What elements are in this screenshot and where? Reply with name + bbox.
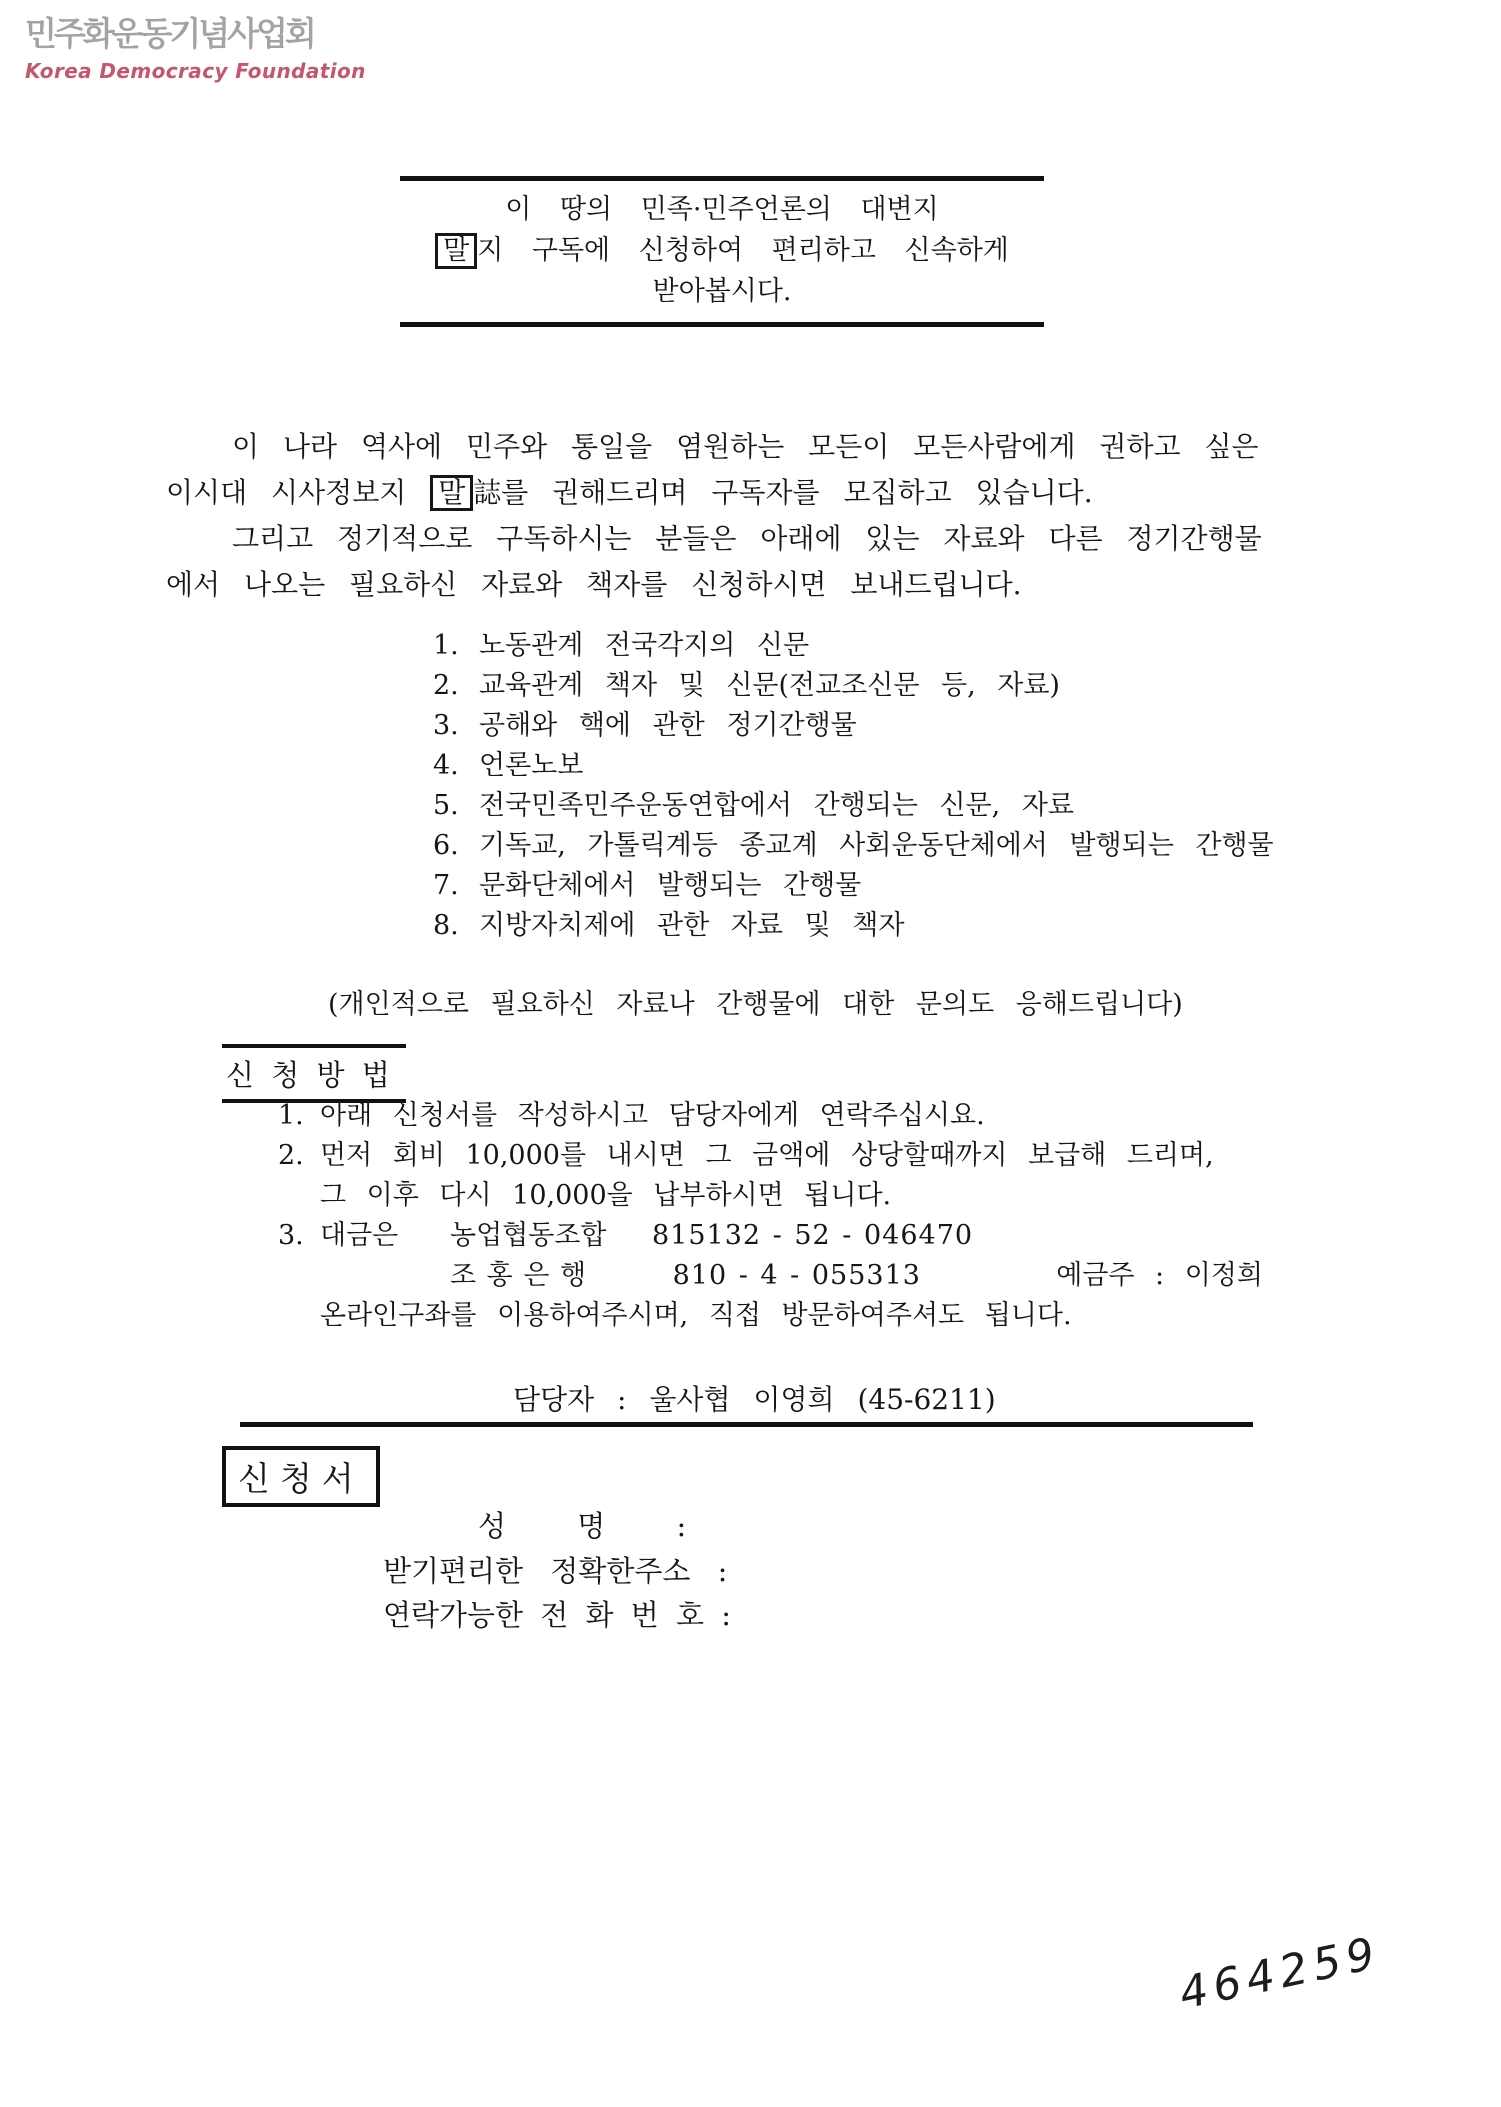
magazine-logo-mal-inline: 말 [430, 475, 473, 511]
account-holder: 예금주 : 이정희 [1056, 1260, 1263, 1291]
logo-english-name: Korea Democracy Foundation [25, 59, 366, 83]
method-item-3-note: 온라인구좌를 이용하여주시며, 직접 방문하여주셔도 됩니다. [320, 1296, 1263, 1336]
intro-p2-line1: 그리고 정기적으로 구독하시는 분들은 아래에 있는 자료와 다른 정기간행물 [166, 516, 1298, 562]
materials-list: 1. 노동관계 전국각지의 신문 2. 교육관계 책자 및 신문(전교조신문 등… [433, 626, 1274, 946]
method-item-3: 3. 대금은 농업협동조합 815132 - 52 - 046470 [278, 1216, 1263, 1256]
method-bank-row-2: 조 홍 은 행 810 - 4 - 055313 예금주 : 이정희 [450, 1256, 1263, 1296]
magazine-hanja: 誌 [473, 476, 501, 509]
method-item-1: 1. 아래 신청서를 작성하시고 담당자에게 연락주십시요. [278, 1096, 1263, 1136]
list-item: 8. 지방자치제에 관한 자료 및 책자 [433, 906, 1274, 946]
contact-person-line: 담당자 : 울사협 이영희 (45-6211) [513, 1378, 996, 1418]
application-method-list: 1. 아래 신청서를 작성하시고 담당자에게 연락주십시요. 2. 먼저 회비 … [278, 1096, 1263, 1336]
intro-p1-line1: 이 나라 역사에 민주와 통일을 염원하는 모든이 모든사람에게 권하고 싶은 [166, 424, 1298, 470]
inquiry-note: (개인적으로 필요하신 자료나 간행물에 대한 문의도 응해드립니다) [328, 982, 1183, 1021]
slogan-box: 이 땅의 민족·민주언론의 대변지 말지 구독에 신청하여 편리하고 신속하게 … [400, 176, 1044, 327]
list-item: 7. 문화단체에서 발행되는 간행물 [433, 866, 1274, 906]
handwritten-archive-number: 464259 [1175, 1927, 1385, 2019]
scanned-document-page: 민주화운동기념사업회 Korea Democracy Foundation 이 … [0, 0, 1501, 2107]
form-field-address-label: 받기편리한 정확한주소 : [383, 1549, 727, 1590]
section-divider-rule [240, 1422, 1253, 1427]
list-item: 4. 언론노보 [433, 746, 1274, 786]
list-item: 1. 노동관계 전국각지의 신문 [433, 626, 1274, 666]
organization-logo: 민주화운동기념사업회 Korea Democracy Foundation [25, 8, 366, 83]
intro-p1-line2: 이시대 시사정보지 말誌를 권해드리며 구독자를 모집하고 있습니다. [166, 470, 1298, 516]
form-field-phone-label: 연락가능한 전 화 번 호 : [383, 1593, 731, 1634]
form-field-name-label: 성 명 : [478, 1504, 686, 1545]
bank-1-name: 농업협동조합 [450, 1216, 652, 1256]
magazine-logo-mal: 말 [435, 233, 477, 269]
bank-1-account-number: 815132 - 52 - 046470 [652, 1216, 1015, 1256]
method-item-2: 2. 먼저 회비 10,000를 내시면 그 금액에 상당할때까지 보급해 드리… [278, 1136, 1263, 1176]
list-item: 3. 공해와 핵에 관한 정기간행물 [433, 706, 1274, 746]
slogan-line3: 받아봅시다. [404, 271, 1040, 312]
bank-2-name: 조 홍 은 행 [450, 1256, 652, 1296]
logo-korean-name: 민주화운동기념사업회 [25, 8, 366, 55]
list-item: 5. 전국민족민주운동연합에서 간행되는 신문, 자료 [433, 786, 1274, 826]
intro-paragraphs: 이 나라 역사에 민주와 통일을 염원하는 모든이 모든사람에게 권하고 싶은 … [166, 424, 1298, 608]
slogan-line2: 말지 구독에 신청하여 편리하고 신속하게 [404, 230, 1040, 271]
slogan-line1: 이 땅의 민족·민주언론의 대변지 [404, 189, 1040, 230]
application-form-title-box: 신청서 [222, 1446, 380, 1507]
method-item-2-continued: 그 이후 다시 10,000을 납부하시면 됩니다. [320, 1176, 1263, 1216]
bank-2-account-number: 810 - 4 - 055313 [673, 1256, 1036, 1296]
list-item: 2. 교육관계 책자 및 신문(전교조신문 등, 자료) [433, 666, 1274, 706]
application-method-heading: 신 청 방 법 [222, 1044, 406, 1103]
list-item: 6. 기독교, 가톨릭계등 종교계 사회운동단체에서 발행되는 간행물 [433, 826, 1274, 866]
intro-p2-line2: 에서 나오는 필요하신 자료와 책자를 신청하시면 보내드립니다. [166, 562, 1298, 608]
